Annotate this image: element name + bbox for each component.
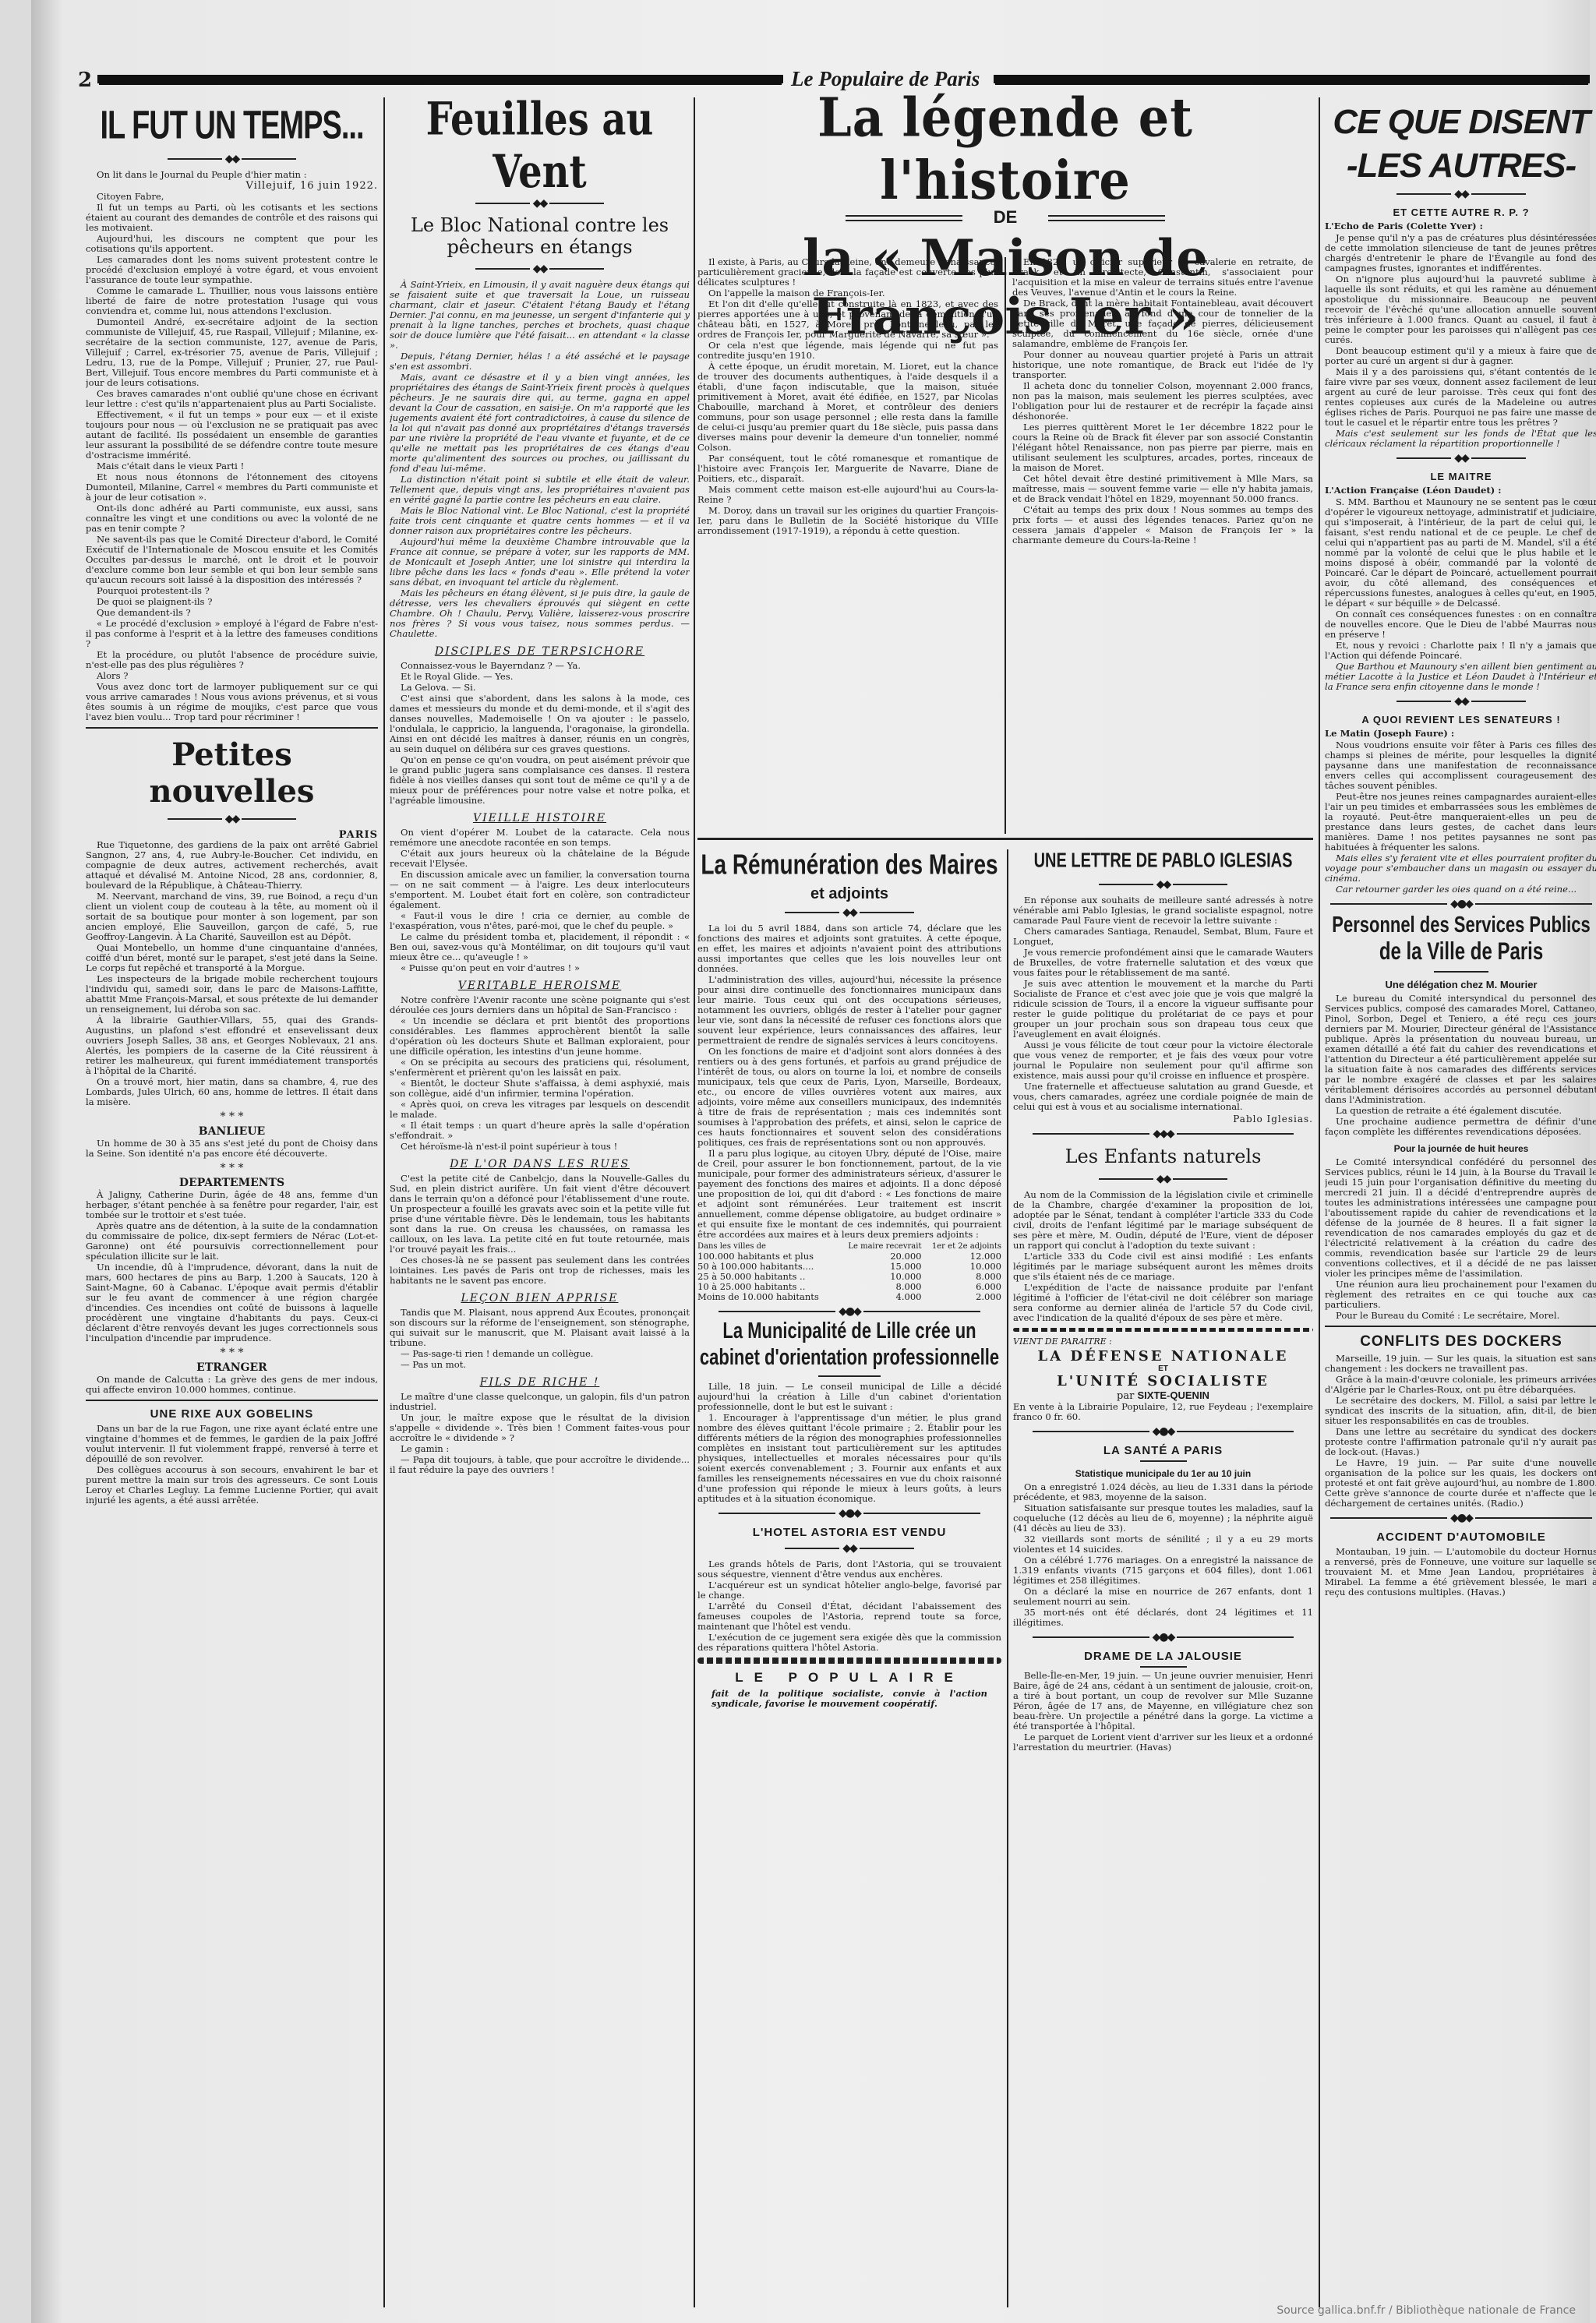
paragraph: Aujourd'hui, les discours ne comptent qu… (86, 234, 378, 254)
divider (86, 1400, 378, 1401)
item-lecon: Tandis que M. Plaisant, nous apprend Aux… (390, 1308, 690, 1370)
ornament-divider: ◆●◆ (1325, 898, 1596, 910)
paragraph: C'est ainsi que s'abordent, dans les sal… (390, 694, 690, 754)
paragraph: Après quatre ans de détention, à la suit… (86, 1221, 378, 1262)
paragraph: 35 mort-nés ont été déclarés, dont 24 lé… (1013, 1608, 1313, 1628)
ornament-divider: ◆◆ (1013, 878, 1313, 891)
wavy-divider (1013, 1328, 1313, 1332)
populaire-box-title: LE POPULAIRE (697, 1670, 1001, 1686)
paragraph: Rue Tiquetonne, des gardiens de la paix … (86, 840, 378, 891)
press-source: L'Echo de Paris (Colette Yver) : (1325, 221, 1596, 231)
ornament-divider: ◆◆ (390, 197, 690, 210)
press-review-sections: ET CETTE AUTRE R. P. ?L'Echo de Paris (C… (1325, 207, 1596, 895)
paragraph: Mais c'est seulement sur les fonds de l'… (1325, 429, 1596, 449)
paragraph: « Bientôt, le docteur Shute s'affaissa, … (390, 1079, 690, 1099)
item-title-lecon: LEÇON BIEN APPRISE (390, 1292, 690, 1304)
paragraph: À Jaligny, Catherine Durin, âgée de 48 a… (86, 1190, 378, 1220)
ornament-divider: ◆●◆ (1013, 1425, 1313, 1438)
paragraph: On a célébré 1.776 mariages. On a enregi… (1013, 1555, 1313, 1586)
paragraph: Les inspecteurs de la brigade mobile rec… (86, 974, 378, 1015)
masthead-rule-left (97, 75, 783, 83)
paragraph: Aussi je vous félicite de tout cœur pour… (1013, 1040, 1313, 1081)
section-heading: BANLIEUE (86, 1127, 378, 1137)
paragraph: — Papa dit toujours, à table, que pour a… (390, 1455, 690, 1475)
ornament-divider: ◆◆ (1013, 1173, 1313, 1185)
article-iglesias: En réponse aux souhaits de meilleure san… (1013, 895, 1313, 1112)
subheading-huit-heures: Pour la journée de huit heures (1325, 1143, 1596, 1154)
paragraph: Un homme de 30 à 35 ans s'est jeté du po… (86, 1139, 378, 1159)
paragraph: L'exécution de ce jugement sera exigée d… (697, 1633, 1001, 1653)
paragraph: Pour le Bureau du Comité : Le secrétaire… (1325, 1311, 1596, 1321)
press-source: L'Action Française (Léon Daudet) : (1325, 485, 1596, 496)
paragraph: Ont-ils donc adhéré au Parti communiste,… (86, 503, 378, 534)
paragraph: Ces braves camarades n'ont oublié qu'une… (86, 389, 378, 409)
stars-divider: * * * (86, 1348, 378, 1358)
paragraph: En réponse aux souhaits de meilleure san… (1013, 895, 1313, 926)
paragraph: Je pense qu'il n'y a pas de créatures pl… (1325, 233, 1596, 274)
article-subtitle-sante: Statistique municipale du 1er au 10 juin (1013, 1468, 1313, 1479)
paragraph: Un incendie, dû à l'imprudence, dévorant… (86, 1262, 378, 1343)
headline-line-1: La légende et l'histoire (697, 86, 1313, 212)
item-heroisme: Notre confrère l'Avenir raconte une scèn… (390, 995, 690, 1152)
defense-title-1: LA DÉFENSE NATIONALE (1013, 1348, 1313, 1364)
article-title-feuilles-au-vent: Feuilles au Vent (390, 97, 690, 198)
paragraph: Grâce à la main-d'œuvre coloniale, les p… (1325, 1375, 1596, 1395)
section-title-petites-nouvelles: Petites nouvelles (86, 736, 378, 810)
ornament-divider: ◆●◆ (1325, 1512, 1596, 1524)
paragraph: La distinction n'était point si subtile … (390, 475, 690, 505)
section-title-ce-que-disent: CE QUE DISENT (1325, 104, 1596, 141)
paragraph: L'article 333 du Code civil est ainsi mo… (1013, 1252, 1313, 1282)
signature: Pablo Iglesias. (1013, 1114, 1313, 1124)
paragraph: Le maître d'une classe quelconque, un ga… (390, 1392, 690, 1412)
paragraph: À la librairie Gauthier-Villars, 55, qua… (86, 1015, 378, 1076)
author-name: SIXTE-QUENIN (1137, 1389, 1209, 1401)
paragraph: Une fraternelle et affectueuse salutatio… (1013, 1082, 1313, 1112)
column-3a: La Rémunération des Maires et adjoints ◆… (697, 849, 1001, 2307)
paragraph: Marseille, 19 juin. — Sur les quais, la … (1325, 1354, 1596, 1374)
paragraph: La Gelova. — Si. (390, 683, 690, 693)
author-prefix: par (1117, 1390, 1134, 1402)
paragraph: Quai Montebello, un homme d'une cinquant… (86, 943, 378, 973)
divider (1434, 971, 1488, 973)
paragraph: Et la procédure, ou plutôt l'absence de … (86, 650, 378, 670)
column-divider (383, 97, 385, 2307)
defense-et: ET (1013, 1364, 1313, 1373)
dateline: Villejuif, 16 juin 1922. (86, 181, 378, 191)
paragraph: Que demandent-ils ? (86, 608, 378, 618)
paragraph: Des collègues accourus à son secours, en… (86, 1465, 378, 1506)
article-title-astoria: L'HOTEL ASTORIA EST VENDU (697, 1526, 1001, 1539)
paragraph: On a trouvé mort, hier matin, dans sa ch… (86, 1077, 378, 1107)
item-title-fils-de-riche: FILS DE RICHE ! (390, 1376, 690, 1389)
article-intro: On lit dans le Journal du Peuple d'hier … (86, 170, 378, 180)
paragraph: Mais c'était dans le vieux Parti ! (86, 461, 378, 471)
paragraph: 1. Encourager à l'apprentissage d'un mét… (697, 1413, 1001, 1504)
paragraph: Les pierres quittèrent Moret le 1er déce… (1012, 422, 1313, 473)
paragraph: On l'appelle la maison de François-Ier. (697, 288, 998, 298)
paragraph: M. Neervant, marchand de vins, 39, rue B… (86, 891, 378, 942)
defense-title-2: L'UNITÉ SOCIALISTE (1013, 1373, 1313, 1389)
section-heading: LE MAITRE (1325, 471, 1596, 482)
paragraph: Tandis que M. Plaisant, nous apprend Aux… (390, 1308, 690, 1348)
paragraph: Et nous nous étonnons de l'étonnement de… (86, 472, 378, 503)
paragraph: La loi du 5 avril 1884, dans son article… (697, 923, 1001, 974)
paragraph: On mande de Calcutta : La grève des gens… (86, 1375, 378, 1395)
paragraph: Le Comité intersyndical confédéré du per… (1325, 1157, 1596, 1279)
table-cell: 2.000 (921, 1292, 1001, 1302)
ornament-divider: ◆●◆ (697, 1305, 1001, 1318)
paragraph: « Le procédé d'exclusion » employé à l'é… (86, 619, 378, 649)
paragraph: Effectivement, « il fut un temps » pour … (86, 410, 378, 461)
paragraph: Or cela n'est que légende, mais légende … (697, 341, 998, 361)
article-subtitle-personnel: Une délégation chez M. Mourier (1325, 979, 1596, 990)
press-excerpt: Je pense qu'il n'y a pas de créatures pl… (1325, 233, 1596, 449)
paragraph: L'arrêté du Conseil d'État, décidant l'a… (697, 1601, 1001, 1632)
press-excerpt: Nous voudrions ensuite voir fêter à Pari… (1325, 740, 1596, 895)
paragraph: Dumonteil André, ex-secrétaire adjoint d… (86, 317, 378, 388)
paragraph-list: Il fut un temps au Parti, où les cotisan… (86, 203, 378, 722)
article-rixe: Dans un bar de la rue Fagon, une rixe ay… (86, 1424, 378, 1506)
column-1: IL FUT UN TEMPS... ◆◆ On lit dans le Jou… (86, 97, 378, 2307)
article-sante: On a enregistré 1.024 décès, au lieu de … (1013, 1482, 1313, 1628)
paragraph: Les camarades dont les noms suivent prot… (86, 255, 378, 285)
paragraph: Ces choses-là ne se passent pas seulemen… (390, 1255, 690, 1286)
paragraph: On a déclaré la mise en nourrice de 267 … (1013, 1587, 1313, 1607)
paragraph: C'est la petite cité de Canbelcjo, dans … (390, 1174, 690, 1255)
section-heading: ETRANGER (86, 1363, 378, 1373)
article-title-jalousie: DRAME DE LA JALOUSIE (1013, 1650, 1313, 1663)
article-lille: Lille, 18 juin. — Le conseil municipal d… (697, 1382, 1001, 1504)
article-huit-heures: Le Comité intersyndical confédéré du per… (1325, 1157, 1596, 1321)
paragraph: Cet hôtel devait être destiné primitivem… (1012, 474, 1313, 504)
paragraph: Pour donner au nouveau quartier projeté … (1012, 350, 1313, 380)
ornament-divider: ◆◆ (390, 263, 690, 275)
column-3b: UNE LETTRE DE PABLO IGLESIAS ◆◆ En répon… (1013, 849, 1313, 2307)
paragraph: Un jour, le maître expose que le résulta… (390, 1413, 690, 1443)
article-il-fut-un-temps: On lit dans le Journal du Peuple d'hier … (86, 170, 378, 722)
paragraph: On vient d'opérer M. Loubet de la catara… (390, 828, 690, 848)
paragraph: Depuis, l'étang Dernier, hélas ! a été a… (390, 351, 690, 372)
paragraph: 32 vieillards sont morts de sénilité ; i… (1013, 1534, 1313, 1555)
paragraph: Il acheta donc du tonnelier Colson, moye… (1012, 381, 1313, 422)
paragraph: Vous avez donc tort de larmoyer publique… (86, 682, 378, 722)
ornament-divider: ◆◆ (697, 906, 1001, 919)
paragraph: Lille, 18 juin. — Le conseil municipal d… (697, 1382, 1001, 1412)
ornament-divider: ◆◆ (1325, 188, 1596, 200)
paragraph: « On se précipita au secours des pratici… (390, 1057, 690, 1078)
article-dockers: Marseille, 19 juin. — Sur les quais, la … (1325, 1354, 1596, 1509)
paragraph: Le secrétaire des dockers, M. Fillol, a … (1325, 1396, 1596, 1426)
ornament-divider: ◆◆ (1325, 695, 1596, 708)
article-subtitle: Le Bloc National contre les pêcheurs en … (390, 214, 690, 258)
paragraph: Au nom de la Commission de la législatio… (1013, 1190, 1313, 1251)
petites-nouvelles-sections: PARISRue Tiquetonne, des gardiens de la … (86, 830, 378, 1395)
section-heading: A QUOI REVIENT LES SENATEURS ! (1325, 714, 1596, 725)
paragraph: Dans une lettre au secrétaire du syndica… (1325, 1427, 1596, 1457)
section-heading: DEPARTEMENTS (86, 1178, 378, 1188)
paragraph: Je suis avec attention le mouvement et l… (1013, 979, 1313, 1040)
paragraph: Il a paru plus logique, au citoyen Ubry,… (697, 1149, 1001, 1240)
paragraph: Belle-Île-en-Mer, 19 juin. — Un jeune ou… (1013, 1671, 1313, 1732)
article-title-personnel-2: de la Ville de Paris (1325, 938, 1596, 966)
paragraph: De Brack, dont la mère habitait Fontaine… (1012, 298, 1313, 349)
paragraph: Les grands hôtels de Paris, dont l'Astor… (697, 1559, 1001, 1580)
salutation: Citoyen Fabre, (86, 192, 378, 202)
column-divider (694, 97, 695, 2307)
paragraph: On n'ignore plus aujourd'hui la pauvreté… (1325, 274, 1596, 345)
ornament-divider: ◆◆ (1325, 452, 1596, 464)
paragraph: Il fut un temps au Parti, où les cotisan… (86, 203, 378, 233)
paragraph: Cet héroïsme-là n'est-il point supérieur… (390, 1142, 690, 1152)
paragraph: « Faut-il vous le dire ! cria ce dernier… (390, 911, 690, 931)
article-title-sante: LA SANTÉ A PARIS (1013, 1444, 1313, 1457)
paragraph: L'expédition de l'acte de naissance prod… (1013, 1283, 1313, 1323)
defense-label: VIENT DE PARAITRE : (1013, 1336, 1313, 1347)
paragraph: Et, nous y revoici : Charlotte paix ! Il… (1325, 641, 1596, 661)
paragraph: L'administration des villes, aujourd'hui… (697, 975, 1001, 1046)
paragraph: Mais elles s'y feraient vite et elles po… (1325, 853, 1596, 884)
divider (1140, 1460, 1187, 1462)
item-title-heroisme: VERITABLE HEROISME (390, 980, 690, 992)
paragraph: C'était au temps des prix doux ! Nous so… (1012, 505, 1313, 545)
defense-author: par SIXTE-QUENIN (1013, 1389, 1313, 1402)
paragraph: Alors ? (86, 671, 378, 681)
article-title-dockers: CONFLITS DES DOCKERS (1325, 1333, 1596, 1350)
table-cell: 4.000 (837, 1292, 921, 1302)
paragraph: « Il était temps : un quart d'heure aprè… (390, 1121, 690, 1141)
paragraph: Et le Royal Glide. — Yes. (390, 672, 690, 682)
paragraph: Car retourner garder les oies quand on a… (1325, 884, 1596, 895)
paragraph: Le bureau du Comité intersyndical du per… (1325, 994, 1596, 1105)
paragraph: M. Doroy, dans un travail sur les origin… (697, 506, 998, 536)
article-title-personnel-1: Personnel des Services Publics (1325, 912, 1596, 938)
article-personnel: Le bureau du Comité intersyndical du per… (1325, 994, 1596, 1137)
ornament-divider: ◆●◆ (1013, 1631, 1313, 1643)
paragraph: Mais comment cette maison est-elle aujou… (697, 485, 998, 505)
article-title-remuneration: La Rémunération des Maires (697, 849, 1001, 881)
page-number: 2 (78, 69, 92, 92)
article-accident: Montauban, 19 juin. — L'automobile du do… (1325, 1547, 1596, 1598)
article-title-il-fut-un-temps: IL FUT UN TEMPS... (86, 104, 378, 149)
paragraph: Il existe, à Paris, au Cours-la-Reine, u… (697, 257, 998, 288)
wavy-divider (697, 1658, 1001, 1664)
paragraph: On les fonctions de maire et d'adjoint s… (697, 1047, 1001, 1148)
item-disciples: Connaissez-vous le Bayerndanz ? — Ya.Et … (390, 661, 690, 806)
defense-text: En vente à la Librairie Populaire, 12, r… (1013, 1402, 1313, 1422)
paragraph: Mais il y a des paroissiens qui, s'étant… (1325, 367, 1596, 428)
paragraph: Situation satisfaisante sur presque tout… (1013, 1503, 1313, 1534)
article-astoria: Les grands hôtels de Paris, dont l'Astor… (697, 1559, 1001, 1653)
article-body: Il existe, à Paris, au Cours-la-Reine, u… (697, 257, 1313, 545)
article-title-enfants: Les Enfants naturels (1013, 1145, 1313, 1168)
item-title-or-dans-les-rues: DE L'OR DANS LES RUES (390, 1158, 690, 1170)
paragraph: Mais les pêcheurs en étang élèvent, si j… (390, 588, 690, 639)
paragraph: Le gamin : (390, 1444, 690, 1454)
article-title-rixe: UNE RIXE AUX GOBELINS (86, 1407, 378, 1421)
ornament-divider: ◆◆ (86, 813, 378, 825)
paragraph: Pourquoi protestent-ils ? (86, 586, 378, 596)
paragraph: Le Havre, 19 juin. — Par suite d'une nou… (1325, 1458, 1596, 1509)
divider (818, 1375, 881, 1377)
paragraph: Ne savent-ils pas que le Comité Directeu… (86, 535, 378, 585)
ornament-divider: ◆◆ (86, 153, 378, 165)
paragraph: Chers camarades Santiaga, Renaudel, Semb… (1013, 927, 1313, 947)
paragraph: S. MM. Barthou et Maunoury ne se sentent… (1325, 497, 1596, 609)
paragraph: On a enregistré 1.024 décès, au lieu de … (1013, 1482, 1313, 1502)
article-maison-francois: Il existe, à Paris, au Cours-la-Reine, u… (697, 257, 1313, 834)
column-divider (1007, 849, 1008, 2307)
article-jalousie: Belle-Île-en-Mer, 19 juin. — Un jeune ou… (1013, 1671, 1313, 1753)
paragraph: Comme le camarade L. Thuillier, nous vou… (86, 286, 378, 316)
stars-divider: * * * (86, 1112, 378, 1122)
divider (1140, 1666, 1187, 1668)
paragraph: Une réunion aura lieu prochainement pour… (1325, 1280, 1596, 1310)
press-excerpt: S. MM. Barthou et Maunoury ne se sentent… (1325, 497, 1596, 692)
paragraph: De quoi se plaignent-ils ? (86, 597, 378, 607)
paragraph: L'acquéreur est un syndicat hôtelier ang… (697, 1580, 1001, 1601)
article-remuneration: La loi du 5 avril 1884, dans son article… (697, 923, 1001, 1240)
paragraph: — Pas-sage-ti rien ! demande un collègue… (390, 1349, 690, 1359)
masthead-rule-right (994, 75, 1590, 83)
paragraph: C'était aux jours heureux où la châtelai… (390, 849, 690, 869)
section-heading: ET CETTE AUTRE R. P. ? (1325, 207, 1596, 218)
paragraph: « Après quoi, on creva les vitrages par … (390, 1100, 690, 1120)
divider (86, 727, 378, 729)
ornament-divider: ◆●◆ (697, 1507, 1001, 1520)
paragraph: Mais le Bloc National vint. Le Bloc Nati… (390, 506, 690, 536)
item-or-dans-les-rues: C'est la petite cité de Canbelcjo, dans … (390, 1174, 690, 1286)
press-source: Le Matin (Joseph Faure) : (1325, 729, 1596, 739)
article-feuilles-au-vent: À Saint-Yrieix, en Limousin, il y avait … (390, 280, 690, 639)
paragraph: On connaît ces conséquences funestes : o… (1325, 609, 1596, 640)
article-subtitle-remuneration: et adjoints (697, 885, 1001, 903)
paragraph: Dans un bar de la rue Fagon, une rixe ay… (86, 1424, 378, 1464)
paragraph: — Pas un mot. (390, 1360, 690, 1370)
paragraph: La question de retraite a été également … (1325, 1106, 1596, 1116)
paragraph: Notre confrère l'Avenir raconte une scèn… (390, 995, 690, 1015)
column-2: Feuilles au Vent ◆◆ Le Bloc National con… (390, 97, 690, 2307)
paragraph: Par conséquent, tout le côté romanesque … (697, 454, 998, 484)
paragraph: Mais, avant ce désastre et il y a bien v… (390, 372, 690, 474)
section-title-les-autres: -LES AUTRES- (1325, 147, 1596, 185)
paragraph: Le calme du président tomba et, placidem… (390, 932, 690, 962)
paragraph: À cette époque, un érudit moretain, M. L… (697, 362, 998, 453)
populaire-box-text: fait de la politique socialiste, convie … (697, 1689, 1001, 1709)
stars-divider: * * * (86, 1163, 378, 1174)
paragraph: Montauban, 19 juin. — L'automobile du do… (1325, 1547, 1596, 1598)
ornament-divider: ◆◆◆ (1013, 1128, 1313, 1140)
remuneration-table: Dans les villes deLe maire recevrait1er … (697, 1241, 1001, 1302)
paragraph: Qu'on en pense ce qu'on voudra, on peut … (390, 755, 690, 806)
article-title-lille: La Municipalité de Lille crée un cabinet… (697, 1318, 1001, 1371)
newspaper-page: 2 Le Populaire de Paris IL FUT UN TEMPS.… (31, 0, 1590, 2323)
item-title-disciples: DISCIPLES DE TERPSICHORE (390, 645, 690, 658)
paragraph: Aujourd'hui même la deuxième Chambre int… (390, 537, 690, 588)
paragraph: Une prochaine audience permettra de défi… (1325, 1117, 1596, 1137)
table-cell: Moins de 10.000 habitants (697, 1292, 837, 1302)
source-credit: Source gallica.bnf.fr / Bibliothèque nat… (1276, 2304, 1576, 2317)
article-title-accident: ACCIDENT D'AUTOMOBILE (1325, 1530, 1596, 1544)
paragraph: Connaissez-vous le Bayerndanz ? — Ya. (390, 661, 690, 671)
paragraph: À Saint-Yrieix, en Limousin, il y avait … (390, 280, 690, 351)
column-divider (1319, 97, 1320, 2307)
paragraph: Que Barthou et Maunoury s'en aillent bie… (1325, 662, 1596, 692)
paragraph: Dont beaucoup estiment qu'il y a mieux à… (1325, 346, 1596, 366)
article-title-iglesias: UNE LETTRE DE PABLO IGLESIAS (1013, 850, 1313, 874)
paragraph: En discussion amicale avec un familier, … (390, 870, 690, 910)
paragraph: Je vous remercie profondément ainsi que … (1013, 948, 1313, 978)
paragraph: « Puisse qu'on peut en voir d'autres ! » (390, 963, 690, 973)
item-title-vieille-histoire: VIEILLE HISTOIRE (390, 812, 690, 824)
article-enfants: Au nom de la Commission de la législatio… (1013, 1190, 1313, 1323)
column-4: CE QUE DISENT -LES AUTRES- ◆◆ ET CETTE A… (1325, 97, 1596, 2307)
paragraph: Peut-être nos jeunes reines campagnardes… (1325, 792, 1596, 853)
paragraph: Le parquet de Lorient vient d'arriver su… (1013, 1732, 1313, 1753)
paragraph: En 1822, un officier supérieur de cavale… (1012, 257, 1313, 298)
divider (1325, 1326, 1596, 1327)
table-row: Moins de 10.000 habitants4.0002.000 (697, 1292, 1001, 1302)
item-vieille-histoire: On vient d'opérer M. Loubet de la catara… (390, 828, 690, 973)
ornament-divider: ◆◆ (697, 1542, 1001, 1555)
divider (697, 838, 1313, 840)
paragraph: Et l'on dit d'elle qu'elle fut construit… (697, 299, 998, 340)
paragraph: « Un incendie se déclara et prit bientôt… (390, 1016, 690, 1057)
paragraph: Nous voudrions ensuite voir fêter à Pari… (1325, 740, 1596, 791)
item-fils-de-riche: Le maître d'une classe quelconque, un ga… (390, 1392, 690, 1475)
